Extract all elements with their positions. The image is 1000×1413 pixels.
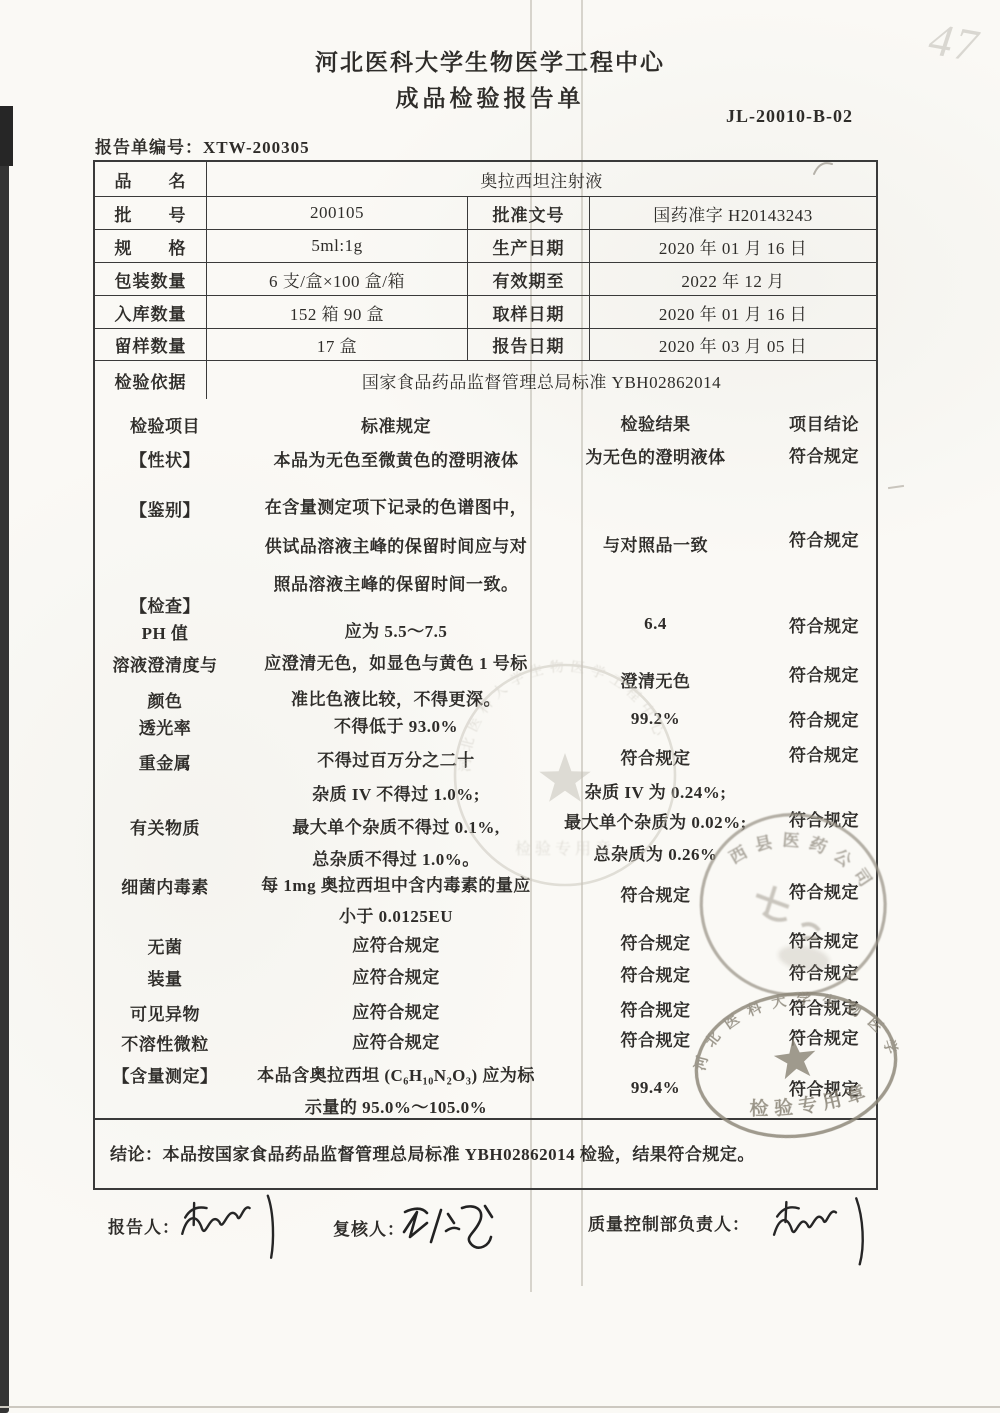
inspection-item: 【含量测定】	[85, 1062, 245, 1086]
inspection-item: 透光率	[85, 714, 245, 738]
scan-bottom-edge-artifact	[0, 1406, 1000, 1408]
inspection-std: 供试品溶液主峰的保留时间应与对	[235, 532, 557, 556]
inspection-item: 装量	[85, 965, 245, 989]
inspection-std: 本品为无色至微黄色的澄明液体	[235, 446, 557, 470]
inspection-std: 在含量测定项下记录的色谱图中，	[235, 493, 557, 517]
col-header-result: 检验结果	[548, 410, 763, 434]
svg-text:西县医药公司: 西县医药公司	[722, 819, 887, 900]
info-label: 包装数量	[95, 263, 207, 295]
info-value: 152 箱 90 盒	[207, 296, 468, 328]
col-header-std: 标准规定	[235, 412, 557, 436]
col-header-conclusion: 项目结论	[768, 410, 880, 434]
inspection-result: 为无色的澄明液体	[548, 443, 763, 467]
reviewer-label: 复核人：	[333, 1215, 405, 1240]
table-row: 留样数量 17 盒 报告日期 2020 年 03 月 05 日	[95, 329, 876, 361]
inspection-conclusion: 符合规定	[768, 661, 880, 685]
info-value: 2020 年 01 月 16 日	[590, 230, 876, 262]
inspection-conclusion: 符合规定	[768, 442, 880, 466]
qc-manager-signature	[764, 1187, 888, 1277]
inspection-std: 应符合规定	[235, 931, 557, 955]
inspection-item: 不溶性微粒	[85, 1030, 245, 1054]
table-row: 检验依据 国家食品药品监督管理总局标准 YBH02862014	[95, 361, 876, 399]
inspection-item: 颜色	[85, 687, 245, 711]
faint-seal-bottom-text: 检验专用章	[515, 839, 615, 858]
info-value: 6 支/盒×100 盒/箱	[207, 263, 468, 295]
faint-seal-stamp: 河北医科大学生物医学工程中心 检验专用章	[448, 658, 683, 893]
inspection-std: 应符合规定	[235, 963, 557, 987]
reporter-signature	[169, 1184, 304, 1273]
table-row: 品 名 奥拉西坦注射液	[95, 162, 876, 197]
info-label: 报告日期	[468, 329, 590, 360]
info-label: 品 名	[95, 162, 207, 196]
table-row: 包装数量 6 支/盒×100 盒/箱 有效期至 2022 年 12 月	[95, 263, 876, 296]
info-value: 200105	[207, 197, 468, 229]
inspection-conclusion: 符合规定	[768, 741, 880, 765]
inspection-std: 本品含奥拉西坦 (C₆H₁₀N₂O₃) 应为标	[235, 1061, 557, 1085]
exam-seal-stamp: 河北医科大学生物医学工程中心 检验专用章	[679, 973, 913, 1156]
inspection-std: 示量的 95.0%～105.0%	[235, 1093, 557, 1117]
reporter-label: 报告人：	[108, 1213, 180, 1238]
company-seal-arc-text: 西县医药公司	[722, 819, 887, 900]
scanned-report-page: 47 河北医科大学生物医学工程中心 成品检验报告单 JL-20010-B-02 …	[0, 0, 1000, 1413]
inspection-item: 溶液澄清度与	[85, 651, 245, 675]
qc-manager-label: 质量控制部负责人：	[588, 1210, 750, 1235]
inspection-std: 应符合规定	[235, 1028, 557, 1052]
scan-smudge	[888, 485, 904, 489]
inspection-std: 照品溶液主峰的保留时间一致。	[235, 570, 557, 594]
report-number-value: XTW-200305	[203, 138, 310, 157]
org-title: 河北医科大学生物医学工程中心	[130, 44, 850, 77]
table-row: 规 格 5ml:1g 生产日期 2020 年 01 月 16 日	[95, 230, 876, 263]
info-value: 17 盒	[207, 329, 468, 360]
info-value: 国药准字 H20143243	[590, 197, 876, 229]
inspection-std: 应符合规定	[235, 998, 557, 1022]
inspection-result: 与对照品一致	[548, 531, 763, 555]
inspection-item: 重金属	[85, 749, 245, 773]
table-row: 批 号 200105 批准文号 国药准字 H20143243	[95, 197, 876, 230]
reviewer-signature	[396, 1196, 500, 1258]
inspection-std: 小于 0.0125EU	[235, 902, 557, 926]
info-value: 5ml:1g	[207, 230, 468, 262]
inspection-item: 细菌内毒素	[85, 873, 245, 897]
info-label: 有效期至	[468, 263, 590, 295]
inspection-item: 有关物质	[85, 814, 245, 838]
inspection-item: 【鉴别】	[85, 496, 245, 520]
inspection-item: 可见异物	[85, 1000, 245, 1024]
inspection-item: 【检查】	[85, 592, 245, 616]
report-number: 报告单编号：XTW-200305	[95, 133, 310, 158]
table-row: 入库数量 152 箱 90 盒 取样日期 2020 年 01 月 16 日	[95, 296, 876, 329]
inspection-item: PH 值	[85, 619, 245, 643]
info-value: 2020 年 01 月 16 日	[590, 296, 876, 328]
info-label: 入库数量	[95, 296, 207, 328]
faint-seal-arc-text: 河北医科大学生物医学工程中心	[458, 658, 669, 772]
svg-text:河北医科大学生物医学工程中心: 河北医科大学生物医学工程中心	[458, 658, 669, 772]
info-label: 批准文号	[468, 197, 590, 229]
pencil-mark: 47	[922, 13, 988, 73]
inspection-std: 应为 5.5～7.5	[235, 617, 557, 641]
inspection-conclusion: 符合规定	[768, 612, 880, 636]
product-info-table: 品 名 奥拉西坦注射液 批 号 200105 批准文号 国药准字 H201432…	[95, 162, 876, 399]
info-value: 2022 年 12 月	[590, 263, 876, 295]
info-label: 取样日期	[468, 296, 590, 328]
inspection-item: 无菌	[85, 933, 245, 957]
info-value: 国家食品药品监督管理总局标准 YBH02862014	[207, 361, 876, 399]
info-label: 检验依据	[95, 361, 207, 399]
inspection-item: 【性状】	[85, 446, 245, 470]
inspection-conclusion: 符合规定	[768, 706, 880, 730]
info-label: 批 号	[95, 197, 207, 229]
info-label: 留样数量	[95, 329, 207, 360]
scan-left-edge-artifact	[0, 106, 9, 1413]
info-value: 2020 年 03 月 05 日	[590, 329, 876, 360]
inspection-result: 6.4	[548, 614, 763, 638]
info-label: 规 格	[95, 230, 207, 262]
col-header-item: 检验项目	[85, 412, 245, 436]
doc-code: JL-20010-B-02	[726, 106, 853, 127]
report-number-label: 报告单编号：	[95, 138, 203, 157]
info-label: 生产日期	[468, 230, 590, 262]
info-value: 奥拉西坦注射液	[207, 162, 876, 196]
inspection-conclusion: 符合规定	[768, 526, 880, 550]
